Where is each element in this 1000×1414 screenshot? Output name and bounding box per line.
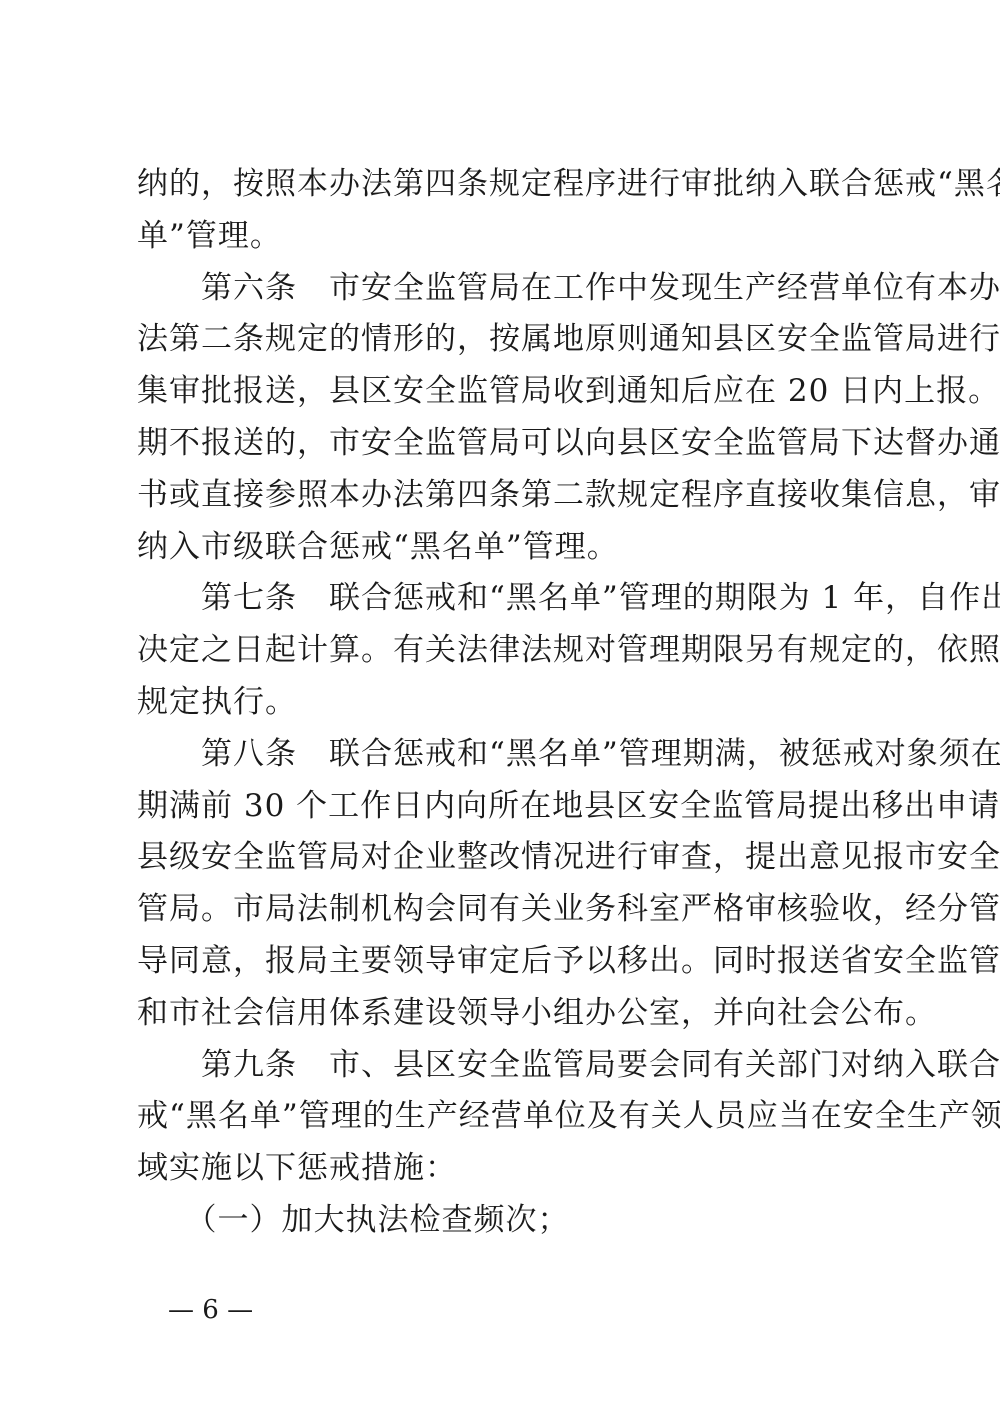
text-line: 单”管理。	[137, 211, 849, 263]
text-line: 戒“黑名单”管理的生产经营单位及有关人员应当在安全生产领	[137, 1091, 849, 1143]
text-line: 导同意，报局主要领导审定后予以移出。同时报送省安全监管局	[137, 936, 849, 988]
text-line: 期不报送的，市安全监管局可以向县区安全监管局下达督办通知	[137, 418, 849, 470]
text-line: 域实施以下惩戒措施：	[137, 1143, 849, 1195]
document-body: 纳的，按照本办法第四条规定程序进行审批纳入联合惩戒“黑名 单”管理。 第六条 市…	[137, 159, 849, 1247]
article-9-heading-line: 第九条 市、县区安全监管局要会同有关部门对纳入联合惩	[137, 1040, 849, 1092]
text-line: 规定执行。	[137, 677, 849, 729]
text-line: 期满前 30 个工作日内向所在地县区安全监管局提出移出申请，	[137, 781, 849, 833]
document-page: 纳的，按照本办法第四条规定程序进行审批纳入联合惩戒“黑名 单”管理。 第六条 市…	[0, 0, 1000, 1414]
text-line: 和市社会信用体系建设领导小组办公室，并向社会公布。	[137, 988, 849, 1040]
text-line: 纳的，按照本办法第四条规定程序进行审批纳入联合惩戒“黑名	[137, 159, 849, 211]
article-8-heading-line: 第八条 联合惩戒和“黑名单”管理期满，被惩戒对象须在	[137, 729, 849, 781]
article-7-heading-line: 第七条 联合惩戒和“黑名单”管理的期限为 1 年，自作出	[137, 573, 849, 625]
text-line: 纳入市级联合惩戒“黑名单”管理。	[137, 522, 849, 574]
text-line: 集审批报送，县区安全监管局收到通知后应在 20 日内上报。逾	[137, 366, 849, 418]
article-6-heading-line: 第六条 市安全监管局在工作中发现生产经营单位有本办	[137, 263, 849, 315]
text-line: 决定之日起计算。有关法律法规对管理期限另有规定的，依照其	[137, 625, 849, 677]
page-number: — 6 —	[168, 1292, 253, 1328]
list-item-1: （一）加大执法检查频次；	[137, 1195, 849, 1247]
text-line: 县级安全监管局对企业整改情况进行审查，提出意见报市安全监	[137, 832, 849, 884]
text-line: 管局。市局法制机构会同有关业务科室严格审核验收，经分管领	[137, 884, 849, 936]
text-line: 书或直接参照本办法第四条第二款规定程序直接收集信息，审批	[137, 470, 849, 522]
text-line: 法第二条规定的情形的，按属地原则通知县区安全监管局进行收	[137, 314, 849, 366]
